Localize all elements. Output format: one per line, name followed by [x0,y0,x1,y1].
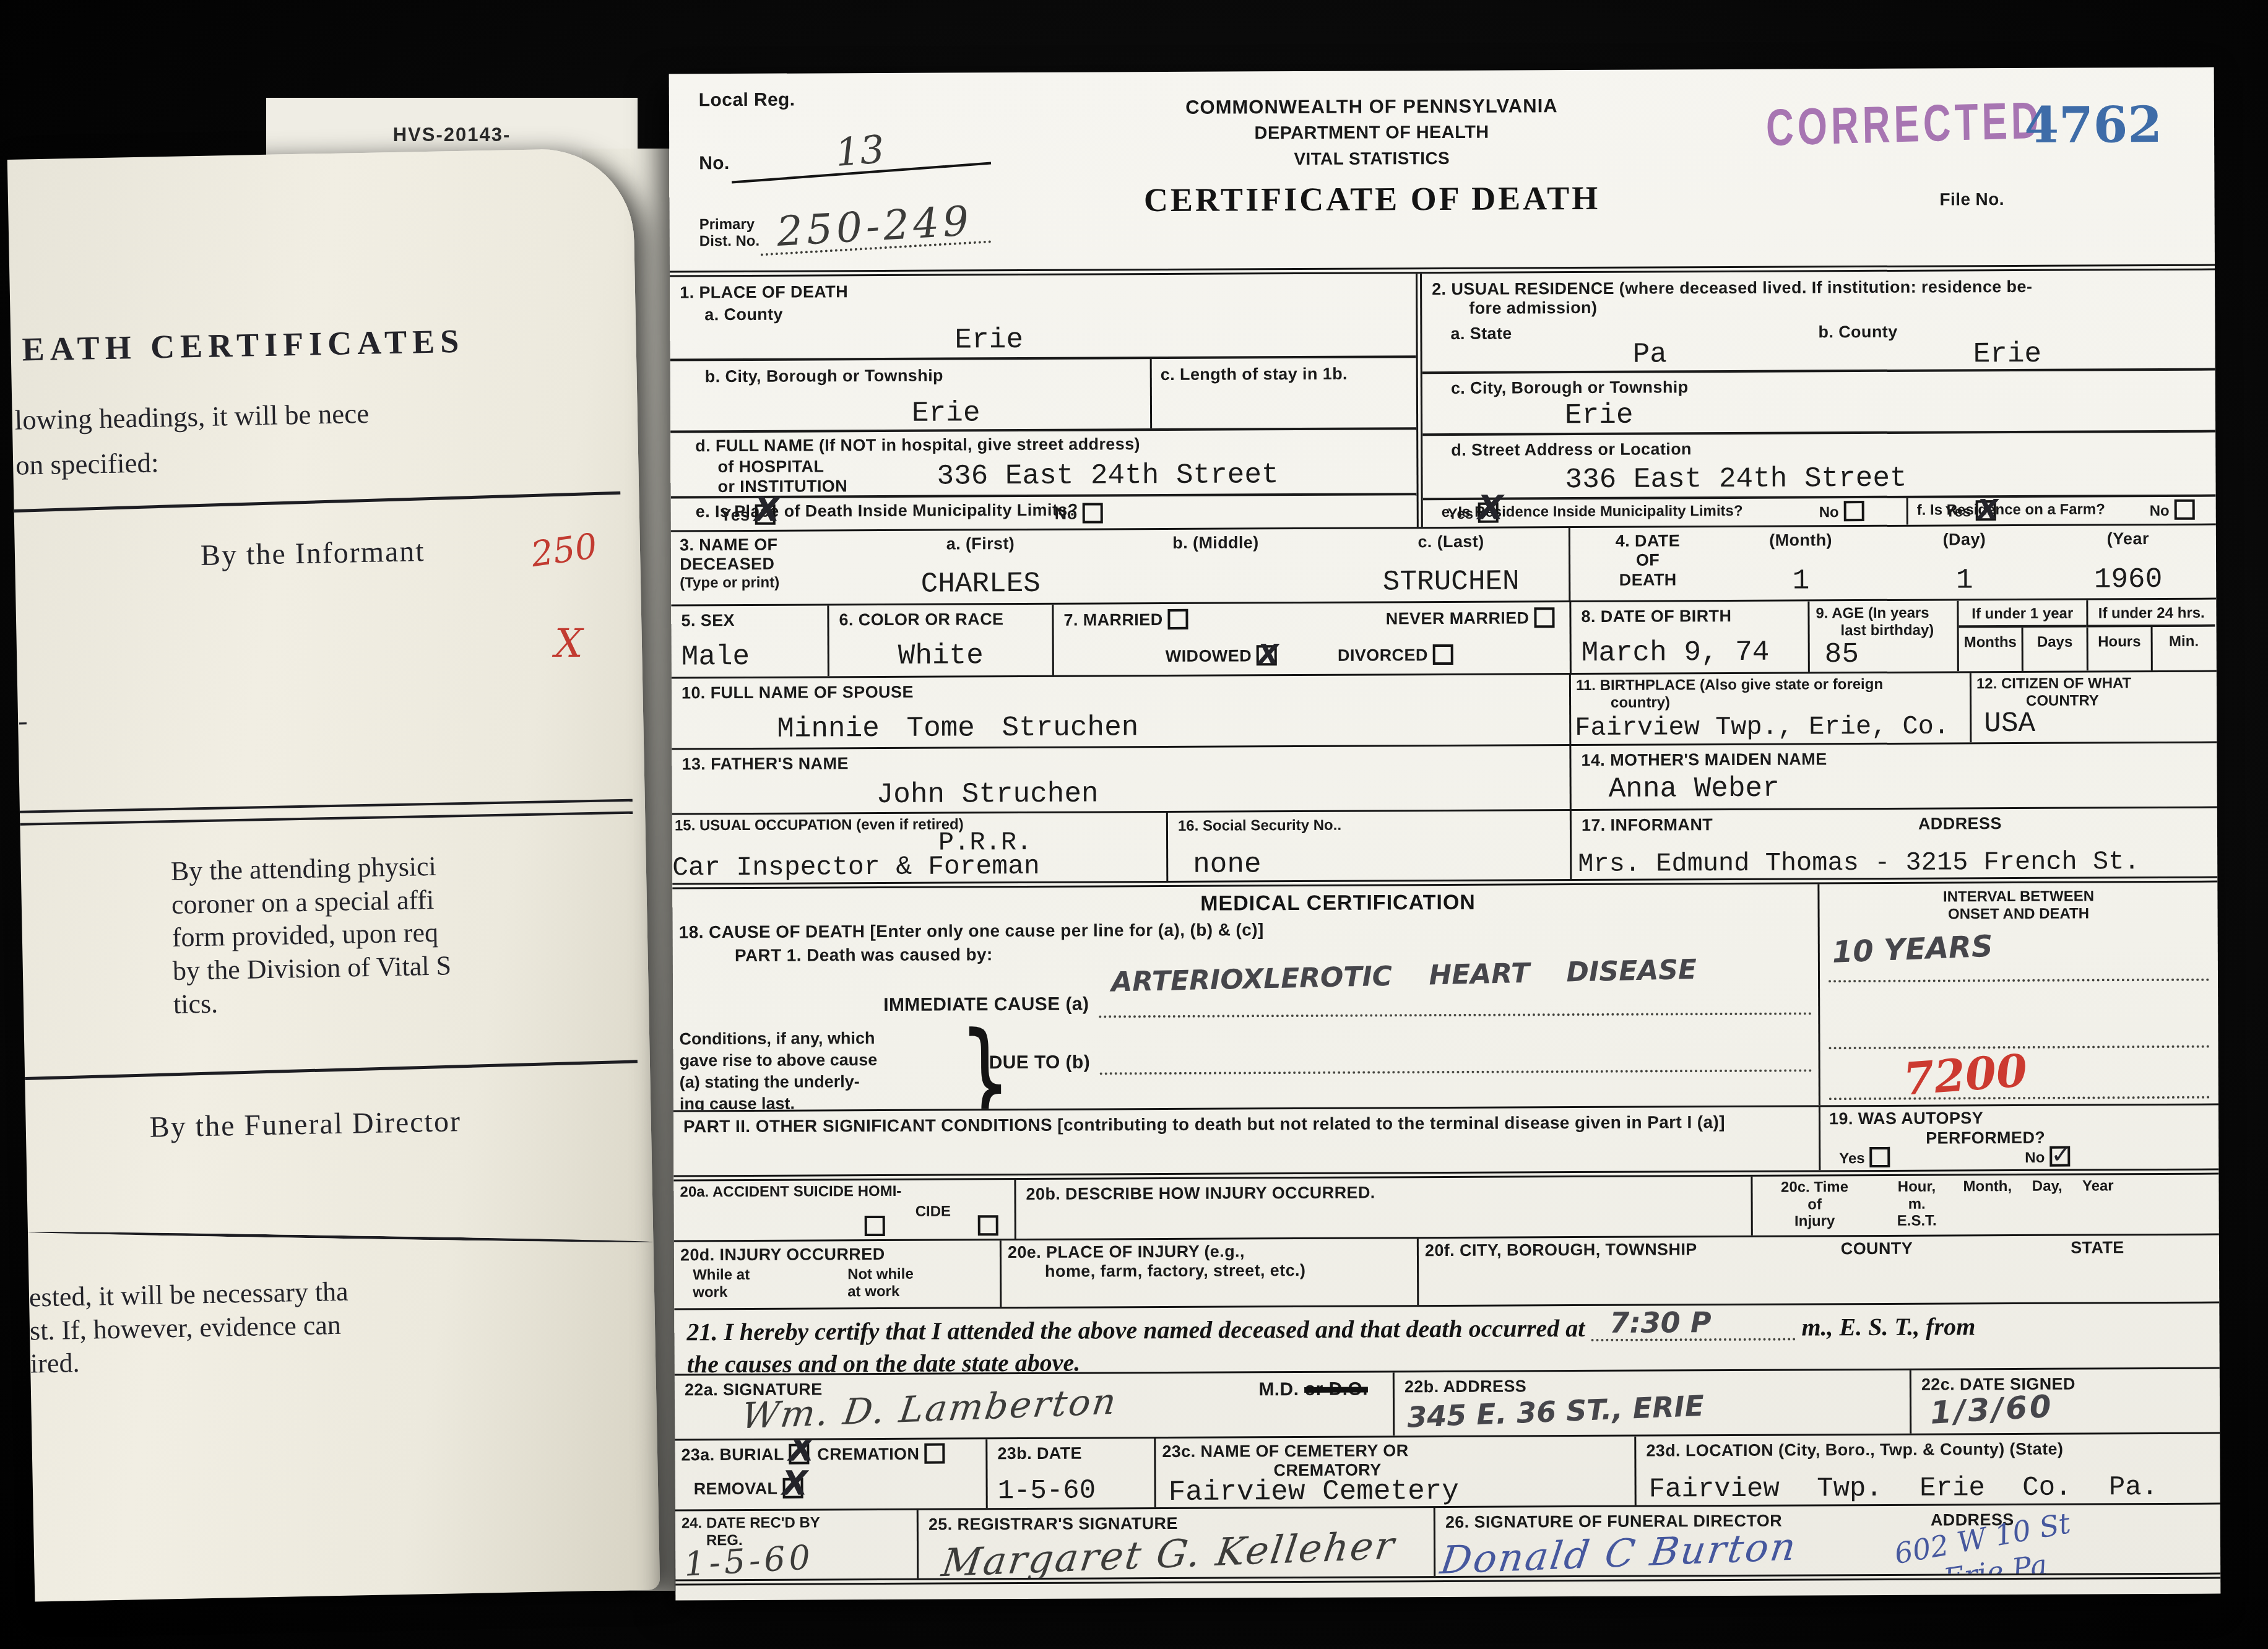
s19-yes-checkbox [1870,1147,1890,1167]
s7-never-married-label: NEVER MARRIED [1386,607,1560,629]
s9-subgrid: If under 1 year If under 24 hrs. Months … [1957,600,2215,672]
s3-last: c. (Last) STRUCHEN [1333,532,1569,598]
s1e-yes-checkbox: X [755,504,775,524]
s7-married-label: 7. MARRIED [1063,609,1193,630]
s16-title: 16. Social Security No.. [1178,817,1341,834]
s20b-title: 20b. DESCRIBE HOW INJURY OCCURRED. [1026,1183,1375,1203]
s1a-label: a. County [704,305,783,325]
s6-value: White [839,641,1042,671]
s2f-no-checkbox [2175,500,2195,520]
certificate-title: CERTIFICATE OF DEATH [990,181,1754,217]
section-23b-date: 23b. DATE 1-5-60 [985,1439,1154,1508]
file-number-value: 4762 [2024,100,2162,150]
corrected-stamp: CORRECTED [1765,95,2043,155]
s3-last-value: STRUCHEN [1333,567,1569,597]
death-certificate-page: Local Reg. No. 13 Primary Dist. No. 250-… [669,67,2221,1601]
s2b-value: Erie [1973,340,2042,369]
header-title-block: COMMONWEALTH OF PENNSYLVANIA DEPARTMENT … [990,85,1754,266]
s18-immediate-line: ARTERIOXLEROTIC HEART DISEASE [1099,971,1812,1018]
s2c-label: c. City, Borough or Township [1451,378,1689,398]
s15-value: Car Inspector & Foreman [672,853,1040,881]
row-occupation-ssn-informant: 15. USUAL OCCUPATION (even if retired) P… [672,807,2217,883]
section-20a-accident-suicide-homicide: 20a. ACCIDENT SUICIDE HOMI- CIDE [673,1180,1014,1240]
x-mark: X [1478,491,1504,525]
s18-conditions-text: Conditions, if any, which gave rise to a… [679,1027,952,1110]
s18-due-b-line [1100,1047,1812,1075]
section-22b-address: 22b. ADDRESS 345 E. 36 ST., ERIE [1393,1370,1910,1436]
section-18-cause-of-death: MEDICAL CERTIFICATION 18. CAUSE OF DEATH… [672,884,1819,1110]
row-22-signature: 22a. SIGNATURE Wm. D. Lamberton M.D. or … [675,1367,2220,1439]
dash-fragment: - [18,704,28,737]
s17-value: Mrs. Edmund Thomas - 3215 French St. [1578,849,2140,878]
instructions-title-fragment: EATH CERTIFICATES [22,324,465,366]
s7-widowed-label: WIDOWEDX [1166,645,1282,666]
part-2-other-conditions: PART II. OTHER SIGNIFICANT CONDITIONS [c… [673,1107,1819,1175]
divider [28,1231,653,1244]
s2e-yes: YesX [1448,503,1504,523]
divider [25,1060,638,1080]
s20a-title: 20a. ACCIDENT SUICIDE HOMI- [680,1183,901,1201]
s2f-farm: f. Is Residence on a Farm? YesX No [1907,497,2216,525]
red-margin-number: 250 [529,529,600,573]
s2b-label: b. County [1818,322,1897,342]
s23d-title: 23d. LOCATION (City, Boro., Twp. & Count… [1646,1440,2063,1460]
s2d-value: 336 East 24th Street [1565,464,1907,495]
check-mark: ✓ [2051,1143,2072,1167]
instructions-intro-line2: on specified: [15,446,159,481]
s20d-title: 20d. INJURY OCCURRED [680,1245,885,1264]
s1a-value: Erie [954,326,1023,355]
section-23d-location: 23d. LOCATION (City, Boro., Twp. & Count… [1634,1434,2220,1505]
section-23c-cemetery: 23c. NAME OF CEMETERY ORCREMATORY Fairvi… [1154,1437,1634,1507]
section-20c-time-of-injury: 20c. TimeofInjury Hour,m.E.S.T. Month, D… [1751,1175,2218,1236]
row-24-25-26: 24. DATE REC'D BYREG. 1-5-60 25. REGISTR… [675,1503,2221,1586]
file-number-block: CORRECTED 4762 File No. [1754,84,2188,262]
s18-interval-line-a: 10 YEARS [1829,922,2209,983]
physician-paragraph: By the attending physici coroner on a sp… [170,846,644,1021]
s19-title2: PERFORMED? [1926,1128,2045,1148]
s4-year: (Year 1960 [2046,529,2210,595]
s2e-municipality: e. Is Residence Inside Municipality Limi… [1423,498,1907,527]
section-26-funeral-director: 26. SIGNATURE OF FUNERAL DIRECTOR ADDRES… [1434,1505,2220,1577]
section-10-spouse: 10. FULL NAME OF SPOUSE Minnie Tome Stru… [672,675,1569,748]
s18-title: 18. CAUSE OF DEATH [Enter only one cause… [679,917,1812,942]
x-mark: X [789,1439,815,1466]
s20f-state-label: STATE [1982,1238,2213,1301]
s20c-time-label: 20c. TimeofInjury [1759,1179,1870,1233]
section-20f-city-county-state: 20f. CITY, BOROUGH, TOWNSHIP COUNTY STAT… [1417,1236,2219,1305]
s3-middle: b. (Middle) [1098,533,1333,599]
s2e-yes-checkbox: X [1478,503,1499,523]
s21-text3: the causes and on the date state above. [687,1349,1081,1374]
s1d-label3: or INSTITUTION [717,477,847,496]
s4-month: (Month) 1 [1719,530,1883,596]
s13-value: John Struchen [876,780,1099,810]
x-mark: X [1977,496,1998,524]
x-mark: X [754,493,780,526]
section-8-date-of-birth: 8. DATE OF BIRTH March 9, 74 [1569,601,1807,673]
row-21-certification: 21. I hereby certify that I attended the… [674,1302,2219,1374]
s7-divorced-checkbox [1433,644,1453,665]
s22c-value: 1/3/60 [1929,1390,2054,1430]
s9-under24-header: If under 24 hrs. [2086,600,2215,628]
s23b-value: 1-5-60 [998,1478,1096,1506]
s4-year-label: (Year [2046,529,2210,549]
s20d-while-label: While atwork [693,1266,750,1301]
section-13-father: 13. FATHER'S NAME John Struchen [672,746,1569,813]
s1c-length-of-stay: c. Length of stay in 1b. [1150,358,1416,428]
s25-signature-value: Margaret G. Kelleher [940,1526,1398,1578]
s26-signature-value: Donald C Burton [1438,1528,1799,1577]
section-9-age: 9. AGE (In yearslast birthday) 85 If und… [1807,600,2215,672]
section-2-usual-residence: 2. USUAL RESIDENCE (where deceased lived… [1416,271,2216,527]
red-margin-x-mark: X [555,624,583,664]
local-registration-block: Local Reg. No. 13 Primary Dist. No. 250-… [699,89,990,267]
row-23-disposition: 23a. BURIALX CREMATION REMOVALX 23b. DAT… [675,1432,2220,1510]
section-24-date-received: 24. DATE REC'D BYREG. 1-5-60 [675,1510,917,1580]
commonwealth-line: COMMONWEALTH OF PENNSYLVANIA [990,94,1754,119]
s15-title: 15. USUAL OCCUPATION (even if retired) [675,816,964,834]
s2e-no: No [1819,501,1869,521]
no-label: No. [699,153,730,175]
s2a-label: a. State [1450,324,1512,344]
s2c-city: c. City, Borough or Township Erie [1422,371,2215,434]
s4-day-label: (Day) [1882,530,2046,550]
section-11-birthplace: 11. BIRTHPLACE (Also give state or forei… [1569,673,1970,744]
s21-text2: m., E. S. T., from [1801,1312,1975,1341]
s5-title: 5. SEX [681,610,817,630]
s9-age: 9. AGE (In yearslast birthday) 85 [1809,600,1957,672]
s1d-hospital-name: d. FULL NAME (If NOT in hospital, give s… [670,430,1416,496]
local-reg-number: 13 [729,122,991,183]
photo-of-death-certificate-book: HVS-20143- 250 X EATH CERTIFICATES lowin… [0,0,2268,1649]
s20c-hour-label: Hour,m.E.S.T. [1870,1178,1963,1232]
s1e-no: No [1055,503,1108,524]
s1a-county: a. County Erie [670,302,1416,358]
s6-title: 6. COLOR OR RACE [839,610,1042,630]
s2f-yes: YesX [1946,500,2002,521]
s2c-value: Erie [1565,401,1634,430]
row-20def: 20d. INJURY OCCURRED While atwork Not wh… [674,1234,2219,1309]
s21-time-line: 7:30 P [1591,1314,1795,1341]
s25-title: 25. REGISTRAR'S SIGNATURE [928,1514,1178,1534]
s20c-mdy-label: Month, Day, Year [1963,1177,2212,1232]
informant-heading: By the Informant [201,534,426,573]
vital-statistics-line: VITAL STATISTICS [990,147,1754,170]
s1d-label1: d. FULL NAME (If NOT in hospital, give s… [695,435,1140,456]
s1e-no-checkbox [1082,503,1102,523]
brace-glyph: } [959,1027,982,1110]
section-16-ssn: 16. Social Security No.. none [1166,811,1570,881]
part2-text: PART II. OTHER SIGNIFICANT CONDITIONS [c… [683,1112,1725,1136]
s8-title: 8. DATE OF BIRTH [1581,607,1798,627]
s3-last-label: c. (Last) [1417,532,1484,551]
s22b-value: 345 E. 36 ST., ERIE [1406,1391,1705,1432]
s11-title: 11. BIRTHPLACE (Also give state or forei… [1576,676,1883,711]
s21-time-value: 7:30 P [1609,1307,1711,1338]
s18-interval-label: INTERVAL BETWEENONSET AND DEATH [1828,888,2209,924]
certificate-header: Local Reg. No. 13 Primary Dist. No. 250-… [669,67,2215,271]
s4-title: 4. DATE OF DEATH [1577,531,1719,597]
s2d-street: d. Street Address or Location 336 East 2… [1422,433,2215,498]
section-23a-burial-cremation-removal: 23a. BURIALX CREMATION REMOVALX [675,1439,985,1509]
row-20abc: 20a. ACCIDENT SUICIDE HOMI- CIDE 20b. DE… [673,1169,2218,1240]
row-cause-of-death: MEDICAL CERTIFICATION 18. CAUSE OF DEATH… [672,876,2218,1110]
s9-value: 85 [1825,640,1859,669]
s9-hours-col: Hours [2086,627,2151,670]
s19-no: No✓ [2025,1146,2075,1167]
s17-address-label: ADDRESS [1918,814,2002,834]
s14-value: Anna Weber [1609,774,1780,804]
s18-interval-line-c: 7200 [1829,1048,2210,1100]
s1d-value: 336 East 24th Street [937,461,1278,491]
s1b-value: Erie [912,399,980,428]
s17-title: 17. INFORMANT [1582,815,1713,834]
row-name-and-date: 3. NAME OF DECEASED (Type or print) a. (… [671,524,2216,605]
s1bc-row: b. City, Borough or Township Erie c. Len… [670,358,1416,430]
instruction-page: EATH CERTIFICATES lowing headings, it wi… [7,148,660,1602]
s18-immediate-row: IMMEDIATE CAUSE (a) ARTERIOXLEROTIC HEAR… [679,961,1812,1019]
s9-months-col: Months [1959,628,2022,671]
s23c-value: Fairview Cemetery [1169,1477,1459,1507]
section-20e-place-of-injury: 20e. PLACE OF INJURY (e.g., home, farm, … [1000,1239,1417,1307]
s7-divorced-label: DIVORCED [1338,644,1458,665]
s23d-value: Fairview Twp. Erie Co. Pa. [1649,1474,2158,1504]
instructions-intro-line1: lowing headings, it will be nece [14,397,369,436]
section-18-interval-column: INTERVAL BETWEENONSET AND DEATH 10 YEARS… [1817,883,2218,1106]
s2f-no: No [2150,500,2200,520]
section-25-registrar-signature: 25. REGISTRAR'S SIGNATURE Margaret G. Ke… [917,1508,1434,1578]
row-spouse-birthplace-citizen: 10. FULL NAME OF SPOUSE Minnie Tome Stru… [672,670,2217,748]
divider [20,812,633,826]
s23b-title: 23b. DATE [997,1444,1082,1463]
x-mark: X [1258,641,1279,669]
section-22a-signature: 22a. SIGNATURE Wm. D. Lamberton M.D. or … [675,1372,1393,1439]
s20a-homicide-checkbox [978,1215,998,1236]
s23a-cremation: CREMATION [817,1444,950,1463]
s22b-title: 22b. ADDRESS [1405,1377,1526,1396]
s11-value: Fairview Twp., Erie, Co. [1575,714,1949,742]
s9-days-col: Days [2022,627,2087,670]
local-reg-label: Local Reg. [699,89,990,111]
section-12-citizen: 12. CITIZEN OF WHATCOUNTRY USA [1970,672,2217,743]
s4-day: (Day) 1 [1882,530,2046,595]
s24-value: 1-5-60 [683,1541,815,1579]
row-part2-autopsy: PART II. OTHER SIGNIFICANT CONDITIONS [c… [673,1104,2218,1175]
row-father-mother: 13. FATHER'S NAME John Struchen 14. MOTH… [672,742,2217,813]
divider [20,799,633,813]
row-sex-race-marital-birth-age: 5. SEX Male 6. COLOR OR RACE White 7. MA… [671,598,2216,677]
s1e-yes: YesX [721,504,781,525]
s9-title: 9. AGE (In yearslast birthday) [1816,605,1934,639]
s13-title: 13. FATHER'S NAME [682,754,848,773]
s19-yes: Yes [1839,1147,1895,1167]
s2a-value: Pa [1633,340,1667,370]
file-no-label: File No. [1939,189,2004,210]
section-15-occupation: 15. USUAL OCCUPATION (even if retired) P… [672,813,1166,883]
s1-title: 1. PLACE OF DEATH [670,277,1416,305]
s23c-title: 23c. NAME OF CEMETERY ORCREMATORY [1162,1441,1408,1480]
s16-value: none [1193,850,1262,879]
department-line: DEPARTMENT OF HEALTH [990,121,1754,145]
s18-conditions-block: Conditions, if any, which gave rise to a… [679,1023,1812,1110]
s2-title: 2. USUAL RESIDENCE (where deceased lived… [1422,274,2215,322]
s20d-notwhile-label: Not whileat work [847,1266,914,1301]
s8-value: March 9, 74 [1582,638,1798,668]
section-4-date-of-death: 4. DATE OF DEATH (Month) 1 (Day) 1 (Year… [1569,526,2217,601]
s23a-burial: 23a. BURIALX [681,1445,815,1464]
x-mark: X [782,1467,808,1500]
s10-value: Minnie Tome Struchen [777,713,1138,743]
s5-value: Male [682,643,818,672]
medical-certification-heading: MEDICAL CERTIFICATION [864,890,1811,915]
s23a-burial-checkbox: X [789,1443,810,1464]
s1d-label2: of HOSPITAL [717,457,824,477]
s1c-label: c. Length of stay in 1b. [1161,365,1348,385]
s18-interval-value: 10 YEARS [1832,931,1994,969]
row-place-and-residence: 1. PLACE OF DEATH a. County Erie b. City… [670,264,2216,530]
s2e-no-checkbox [1844,501,1864,521]
section-1-place-of-death: 1. PLACE OF DEATH a. County Erie b. City… [670,274,1417,530]
s20f-title: 20f. CITY, BOROUGH, TOWNSHIP [1425,1240,1772,1302]
s7-widowed-checkbox: X [1257,645,1277,665]
section-3-name-of-deceased: 3. NAME OF DECEASED (Type or print) a. (… [671,528,1569,604]
funeral-director-heading: By the Funeral Director [149,1104,461,1145]
s4-month-label: (Month) [1719,530,1882,550]
s23a-cremation-checkbox [924,1443,945,1464]
s1e-municipality: e. Is Place of Death Inside Municipality… [671,495,1417,530]
s19-no-checkbox: ✓ [2049,1146,2070,1167]
s23a-removal: REMOVALX [694,1478,980,1499]
s18-red-code: 7200 [1902,1048,2028,1102]
section-14-mother: 14. MOTHER'S MAIDEN NAME Anna Weber [1569,743,2217,810]
s1b-city: b. City, Borough or Township Erie [670,359,1150,430]
s2d-label: d. Street Address or Location [1451,439,1692,460]
divider [14,491,621,513]
s22a-md-do-label: M.D. or D.O. [1258,1379,1368,1401]
s10-title: 10. FULL NAME OF SPOUSE [682,683,914,703]
s3-first: a. (First) CHARLES [863,534,1098,600]
s3-title: 3. NAME OF DECEASED (Type or print) [671,535,863,600]
s20a-title2: CIDE [915,1203,951,1219]
s9-under1-header: If under 1 year [1959,600,2086,628]
s4-year-value: 1960 [2046,565,2210,595]
primary-dist-label: Primary Dist. No. [699,215,760,250]
section-6-color-or-race: 6. COLOR OR RACE White [827,605,1052,677]
s7-never-married-checkbox [1534,607,1554,628]
section-20b-describe-injury: 20b. DESCRIBE HOW INJURY OCCURRED. [1014,1177,1751,1239]
primary-dist-number: 250-249 [758,199,991,256]
section-17-informant: 17. INFORMANT ADDRESS Mrs. Edmund Thomas… [1570,808,2217,880]
section-21-certify-statement: 21. I hereby certify that I attended the… [674,1304,2219,1374]
s1b-label: b. City, Borough or Township [705,366,943,387]
s3-middle-label: b. (Middle) [1172,533,1259,552]
s23a-removal-checkbox: X [782,1478,803,1499]
s2ef-row: e. Is Residence Inside Municipality Limi… [1423,497,2216,527]
section-19-autopsy: 19. WAS AUTOPSY PERFORMED? Yes No✓ [1819,1106,2218,1171]
s12-title: 12. CITIZEN OF WHATCOUNTRY [1976,675,2131,709]
section-20d-injury-occurred: 20d. INJURY OCCURRED While atwork Not wh… [674,1240,1000,1308]
s21-text1: 21. I hereby certify that I attended the… [686,1314,1585,1346]
bottom-paragraph: ested, it will be necessary tha st. If, … [29,1269,650,1380]
s3-first-label: a. (First) [946,534,1015,553]
s18-interval-line-b [1829,981,2209,1050]
s20a-suicide-checkbox [865,1216,885,1236]
section-7-marital-status: 7. MARRIED NEVER MARRIED WIDOWEDX DIVORC… [1052,602,1569,675]
s14-title: 14. MOTHER'S MAIDEN NAME [1581,750,1827,769]
s18-due-rows: DUE TO (b) DUE TO (c) [989,1023,1812,1110]
s7-married-checkbox [1167,609,1188,630]
s2ab-row: a. State Pa b. County Erie [1422,319,2215,372]
section-5-sex: 5. SEX Male [671,605,827,677]
section-22c-date-signed: 22c. DATE SIGNED 1/3/60 [1910,1369,2220,1434]
s2f-yes-checkbox: X [1976,500,1996,521]
s12-value: USA [1984,709,2035,738]
s3-first-value: CHARLES [863,569,1098,600]
s20f-county-label: COUNTY [1772,1239,1982,1301]
s9-min-col: Min. [2150,627,2215,670]
s4-day-value: 1 [1882,566,2046,595]
s4-month-value: 1 [1719,566,1883,596]
s19-title1: 19. WAS AUTOPSY [1829,1109,1983,1128]
